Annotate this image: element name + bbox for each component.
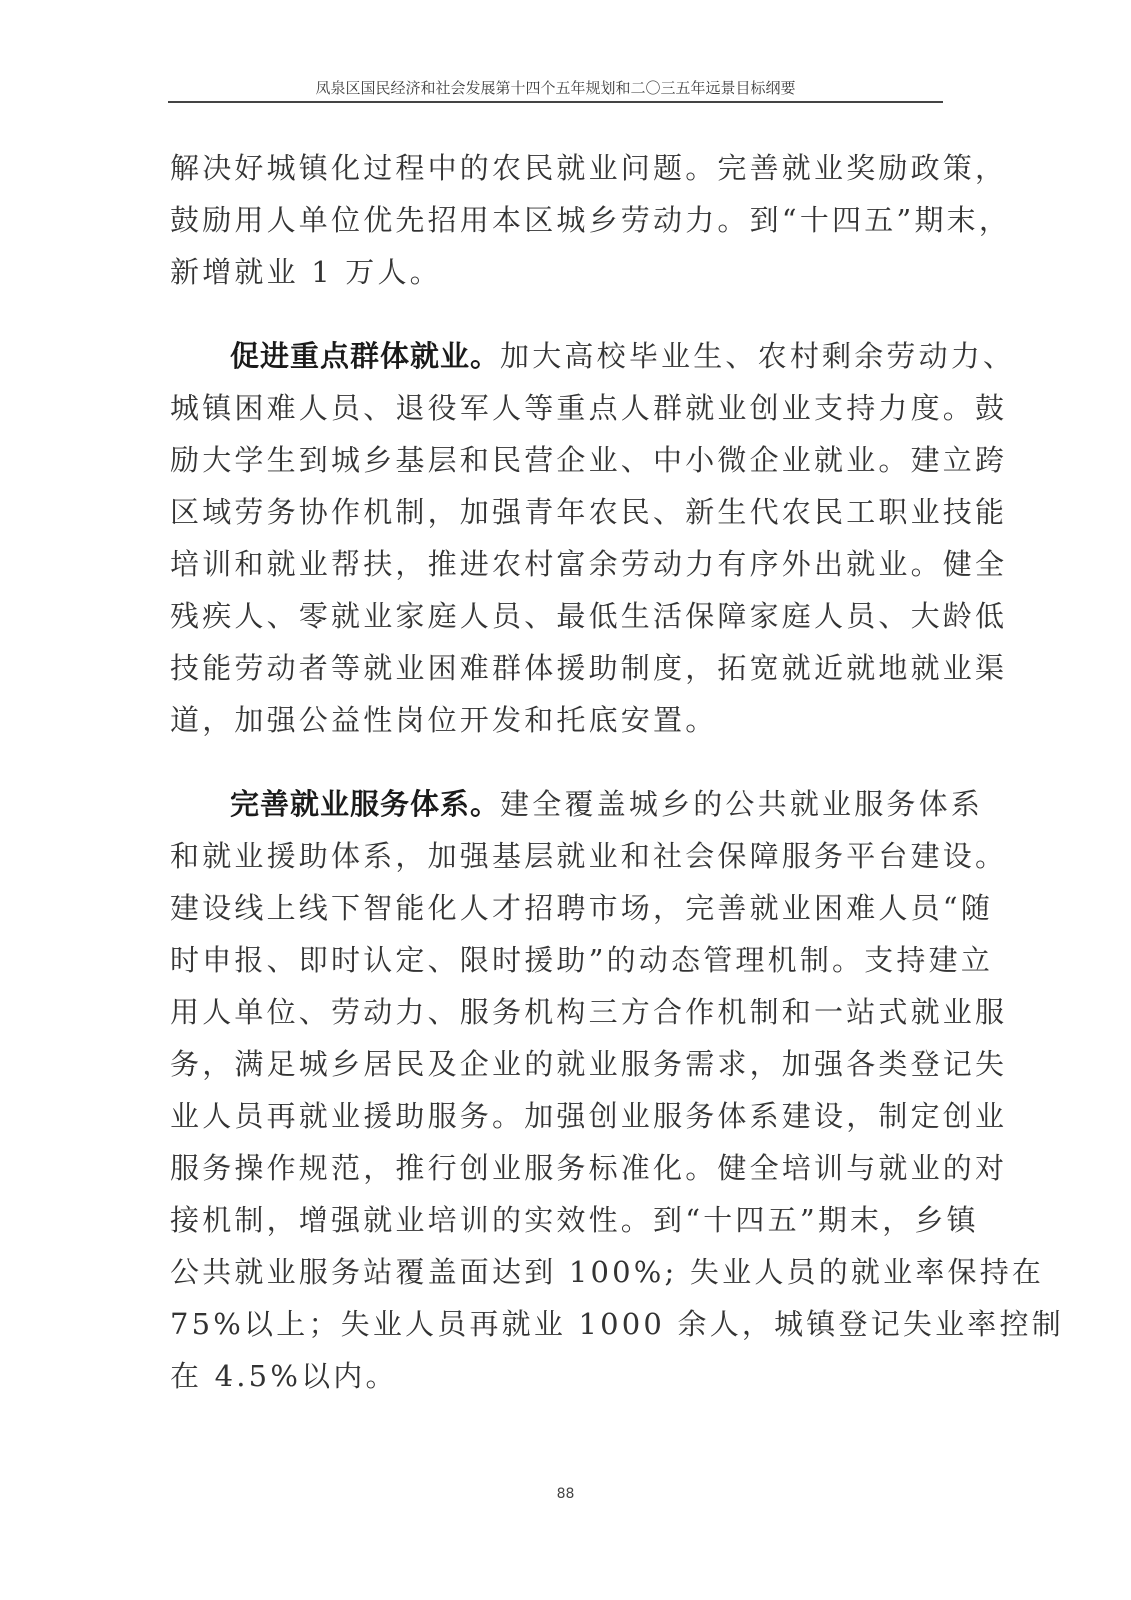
text-line: 解决好城镇化过程中的农民就业问题。完善就业奖励政策，: [170, 142, 945, 194]
page-number: 88: [0, 1486, 1131, 1502]
text-line: 服务操作规范，推行创业服务标准化。健全培训与就业的对: [170, 1142, 945, 1194]
text-line-rest: 建全覆盖城乡的公共就业服务体系: [500, 787, 983, 821]
text-line: 技能劳动者等就业困难群体援助制度，拓宽就近就地就业渠: [170, 642, 945, 694]
text-line: 培训和就业帮扶，推进农村富余劳动力有序外出就业。健全: [170, 538, 945, 590]
text-line: 残疾人、零就业家庭人员、最低生活保障家庭人员、大龄低: [170, 590, 945, 642]
paragraph-spacer: [170, 746, 945, 778]
text-line: 公共就业服务站覆盖面达到 100%; 失业人员的就业率保持在: [170, 1246, 945, 1298]
paragraph-employment-continuation: 解决好城镇化过程中的农民就业问题。完善就业奖励政策， 鼓励用人单位优先招用本区城…: [170, 142, 945, 298]
text-line: 业人员再就业援助服务。加强创业服务体系建设，制定创业: [170, 1090, 945, 1142]
paragraph-spacer: [170, 298, 945, 330]
body-text: 解决好城镇化过程中的农民就业问题。完善就业奖励政策， 鼓励用人单位优先招用本区城…: [170, 142, 945, 1402]
text-line: 城镇困难人员、退役军人等重点人群就业创业支持力度。鼓: [170, 382, 945, 434]
text-line: 新增就业 1 万人。: [170, 246, 945, 298]
text-line: 励大学生到城乡基层和民营企业、中小微企业就业。建立跨: [170, 434, 945, 486]
paragraph-key-groups-employment: 促进重点群体就业。加大高校毕业生、农村剩余劳动力、 城镇困难人员、退役军人等重点…: [170, 330, 945, 746]
text-line-rest: 加大高校毕业生、农村剩余劳动力、: [500, 339, 1015, 373]
running-header-title: 凤泉区国民经济和社会发展第十四个五年规划和二〇三五年远景目标纲要: [168, 78, 943, 98]
text-line: 75%以上；失业人员再就业 1000 余人，城镇登记失业率控制: [170, 1298, 945, 1350]
text-line: 务，满足城乡居民及企业的就业服务需求，加强各类登记失: [170, 1038, 945, 1090]
text-line: 区域劳务协作机制，加强青年农民、新生代农民工职业技能: [170, 486, 945, 538]
text-line: 用人单位、劳动力、服务机构三方合作机制和一站式就业服: [170, 986, 945, 1038]
text-line-first: 完善就业服务体系。建全覆盖城乡的公共就业服务体系: [170, 778, 945, 830]
text-line: 鼓励用人单位优先招用本区城乡劳动力。到“十四五”期末，: [170, 194, 945, 246]
text-line: 接机制，增强就业培训的实效性。到“十四五”期末，乡镇: [170, 1194, 945, 1246]
paragraph-employment-service-system: 完善就业服务体系。建全覆盖城乡的公共就业服务体系 和就业援助体系，加强基层就业和…: [170, 778, 945, 1402]
text-line-first: 促进重点群体就业。加大高校毕业生、农村剩余劳动力、: [170, 330, 945, 382]
text-line: 和就业援助体系，加强基层就业和社会保障服务平台建设。: [170, 830, 945, 882]
text-line: 道，加强公益性岗位开发和托底安置。: [170, 694, 945, 746]
text-line: 时申报、即时认定、限时援助”的动态管理机制。支持建立: [170, 934, 945, 986]
text-line: 建设线上线下智能化人才招聘市场，完善就业困难人员“随: [170, 882, 945, 934]
paragraph-lead-heading: 完善就业服务体系。: [230, 787, 500, 821]
header-divider: [168, 101, 943, 103]
text-line: 在 4.5%以内。: [170, 1350, 945, 1402]
paragraph-lead-heading: 促进重点群体就业。: [230, 339, 500, 373]
